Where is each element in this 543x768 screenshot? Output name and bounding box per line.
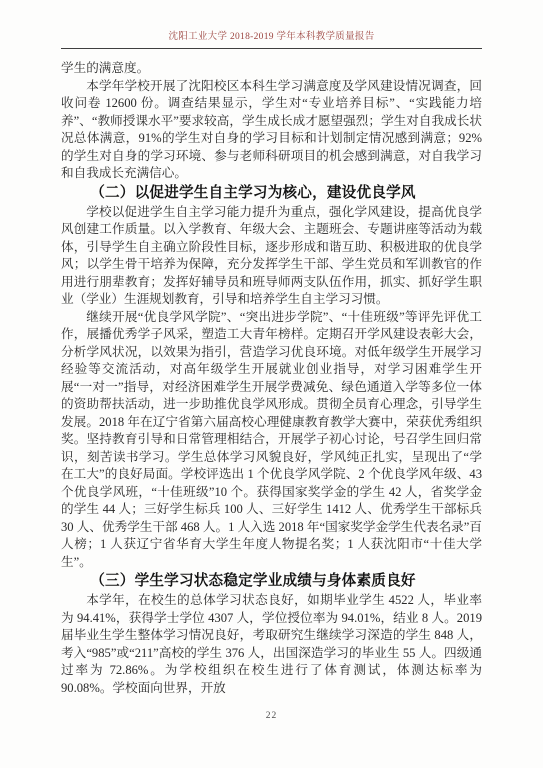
header-title: 沈阳工业大学 2018-2019 学年本科教学质量报告: [61, 30, 482, 44]
section-heading-3: （三）学生学习状态稳定学业成绩与身体素质良好: [61, 571, 482, 592]
body-paragraph: 本学年，在校生的总体学习状态良好，如期毕业学生 4522 人，毕业率为 94.4…: [61, 592, 482, 697]
page-content: 学生的满意度。 本学年学校开展了沈阳校区本科生学习满意度及学风建设情况调查，回收…: [61, 60, 482, 697]
body-paragraph-continuation: 学生的满意度。: [61, 60, 482, 78]
body-paragraph: 本学年学校开展了沈阳校区本科生学习满意度及学风建设情况调查，回收问卷 12600…: [61, 78, 482, 183]
section-heading-2: （二）以促进学生自主学习为核心，建设优良学风: [61, 183, 482, 204]
header-rule: [61, 48, 482, 49]
body-paragraph: 继续开展“优良学风学院”、“突出进步学院”、“十佳班级”等评先评优工作，展播优秀…: [61, 309, 482, 572]
page-number: 22: [266, 711, 278, 721]
page-header: 沈阳工业大学 2018-2019 学年本科教学质量报告: [61, 30, 482, 49]
document-page: 沈阳工业大学 2018-2019 学年本科教学质量报告 学生的满意度。 本学年学…: [0, 0, 543, 768]
page-footer: 22: [0, 705, 543, 723]
body-paragraph: 学校以促进学生自主学习能力提升为重点，强化学风建设，提高优良学风创建工作质量。以…: [61, 204, 482, 309]
